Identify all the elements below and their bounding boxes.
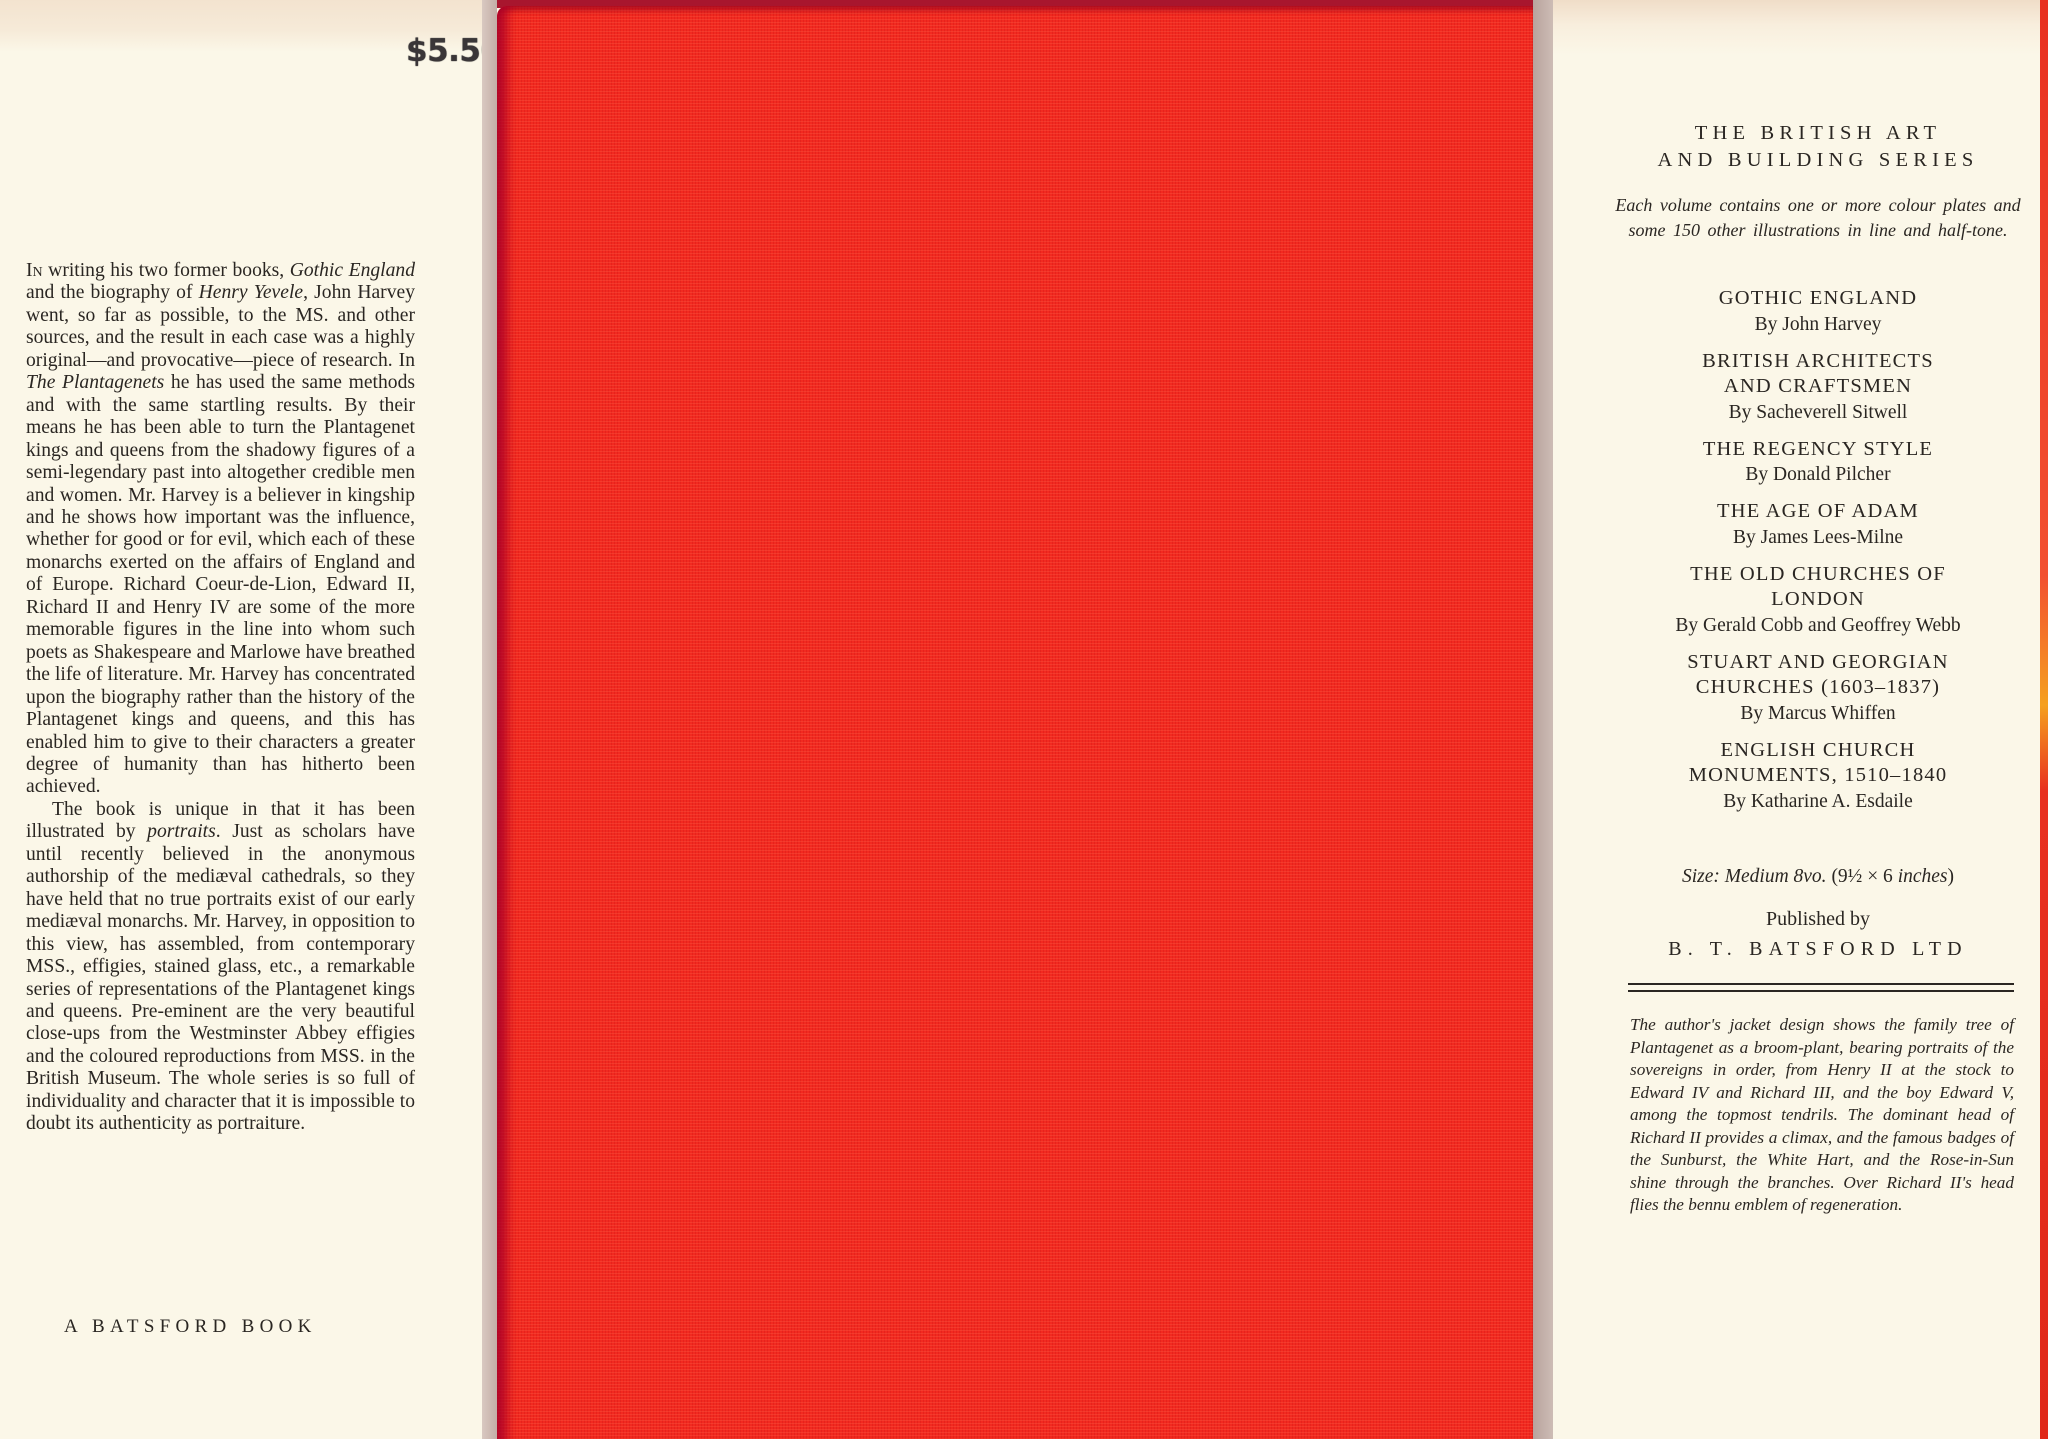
size-open: (9½ — [1831, 866, 1862, 887]
publisher-name: B. T. BATSFORD LTD — [1608, 938, 2028, 961]
blurb-text: he has used the same methods and with th… — [26, 372, 415, 797]
blurb-paragraph-1: In writing his two former books, Gothic … — [26, 260, 415, 799]
book-author: By Marcus Whiffen — [1608, 701, 2028, 726]
double-rule-bottom — [1628, 990, 2014, 992]
book-title: CHURCHES (1603–1837) — [1608, 675, 2028, 701]
series-book-item: GOTHIC ENGLANDBy John Harvey — [1608, 286, 2028, 337]
jacket-fold-right — [1533, 0, 1553, 1439]
published-by-label: Published by — [1608, 907, 2028, 932]
jacket-front-edge — [2040, 0, 2048, 1439]
series-book-item: THE AGE OF ADAMBy James Lees-Milne — [1608, 499, 2028, 550]
book-blurb: In writing his two former books, Gothic … — [26, 260, 415, 1136]
book-title: LONDON — [1608, 587, 2028, 613]
series-book-item: THE OLD CHURCHES OFLONDONBy Gerald Cobb … — [1608, 562, 2028, 638]
size-label: Size: Medium 8vo. — [1682, 866, 1827, 887]
series-intro: Each volume contains one or more colour … — [1608, 193, 2028, 243]
book-title: GOTHIC ENGLAND — [1608, 286, 2028, 312]
series-book-item: BRITISH ARCHITECTSAND CRAFTSMENBy Sachev… — [1608, 349, 2028, 425]
imprint-text: A BATSFORD BOOK — [64, 1316, 317, 1338]
series-title-line-1: THE BRITISH ART — [1608, 120, 2028, 147]
series-book-item: STUART AND GEORGIANCHURCHES (1603–1837)B… — [1608, 650, 2028, 726]
blurb-text: In — [26, 260, 43, 281]
size-spec: Size: Medium 8vo. (9½ × 6 inches) — [1608, 866, 2028, 888]
book-title: MONUMENTS, 1510–1840 — [1608, 763, 2028, 789]
series-book-list: GOTHIC ENGLANDBy John HarveyBRITISH ARCH… — [1608, 286, 2028, 826]
series-book-item: THE REGENCY STYLEBy Donald Pilcher — [1608, 437, 2028, 488]
book-title: THE AGE OF ADAM — [1608, 499, 2028, 525]
series-title-line-2: AND BUILDING SERIES — [1608, 147, 2028, 174]
double-rule-top — [1628, 983, 2014, 985]
jacket-fold-left — [482, 0, 497, 1439]
italic-title-text: The Plantagenets — [26, 372, 164, 393]
book-title: THE REGENCY STYLE — [1608, 437, 2028, 463]
size-times: × 6 — [1862, 866, 1897, 887]
blurb-paragraph-2: The book is unique in that it has been i… — [26, 799, 415, 1136]
blurb-text: . Just as scholars have until recently b… — [26, 821, 415, 1134]
book-title: AND CRAFTSMEN — [1608, 374, 2028, 400]
book-title: BRITISH ARCHITECTS — [1608, 349, 2028, 375]
book-author: By Donald Pilcher — [1608, 462, 2028, 487]
book-author: By James Lees-Milne — [1608, 525, 2028, 550]
italic-title-text: Gothic England — [290, 260, 415, 281]
jacket-design-note: The author's jacket design shows the fam… — [1630, 1014, 2014, 1217]
size-unit: inches — [1898, 866, 1948, 887]
red-cloth-board — [497, 6, 1533, 1439]
book-author: By Gerald Cobb and Geoffrey Webb — [1608, 613, 2028, 638]
book-author: By Katharine A. Esdaile — [1608, 789, 2028, 814]
series-book-item: ENGLISH CHURCHMONUMENTS, 1510–1840By Kat… — [1608, 738, 2028, 814]
italic-title-text: Henry Yevele — [199, 282, 303, 303]
size-close: ) — [1948, 866, 1955, 887]
book-title: ENGLISH CHURCH — [1608, 738, 2028, 764]
italic-title-text: portraits — [147, 821, 216, 842]
book-author: By John Harvey — [1608, 312, 2028, 337]
book-title: THE OLD CHURCHES OF — [1608, 562, 2028, 588]
book-author: By Sacheverell Sitwell — [1608, 400, 2028, 425]
blurb-text: and the biography of — [26, 282, 199, 303]
series-title: THE BRITISH ART AND BUILDING SERIES — [1608, 120, 2028, 174]
book-title: STUART AND GEORGIAN — [1608, 650, 2028, 676]
blurb-text: writing his two former books, — [43, 260, 290, 281]
